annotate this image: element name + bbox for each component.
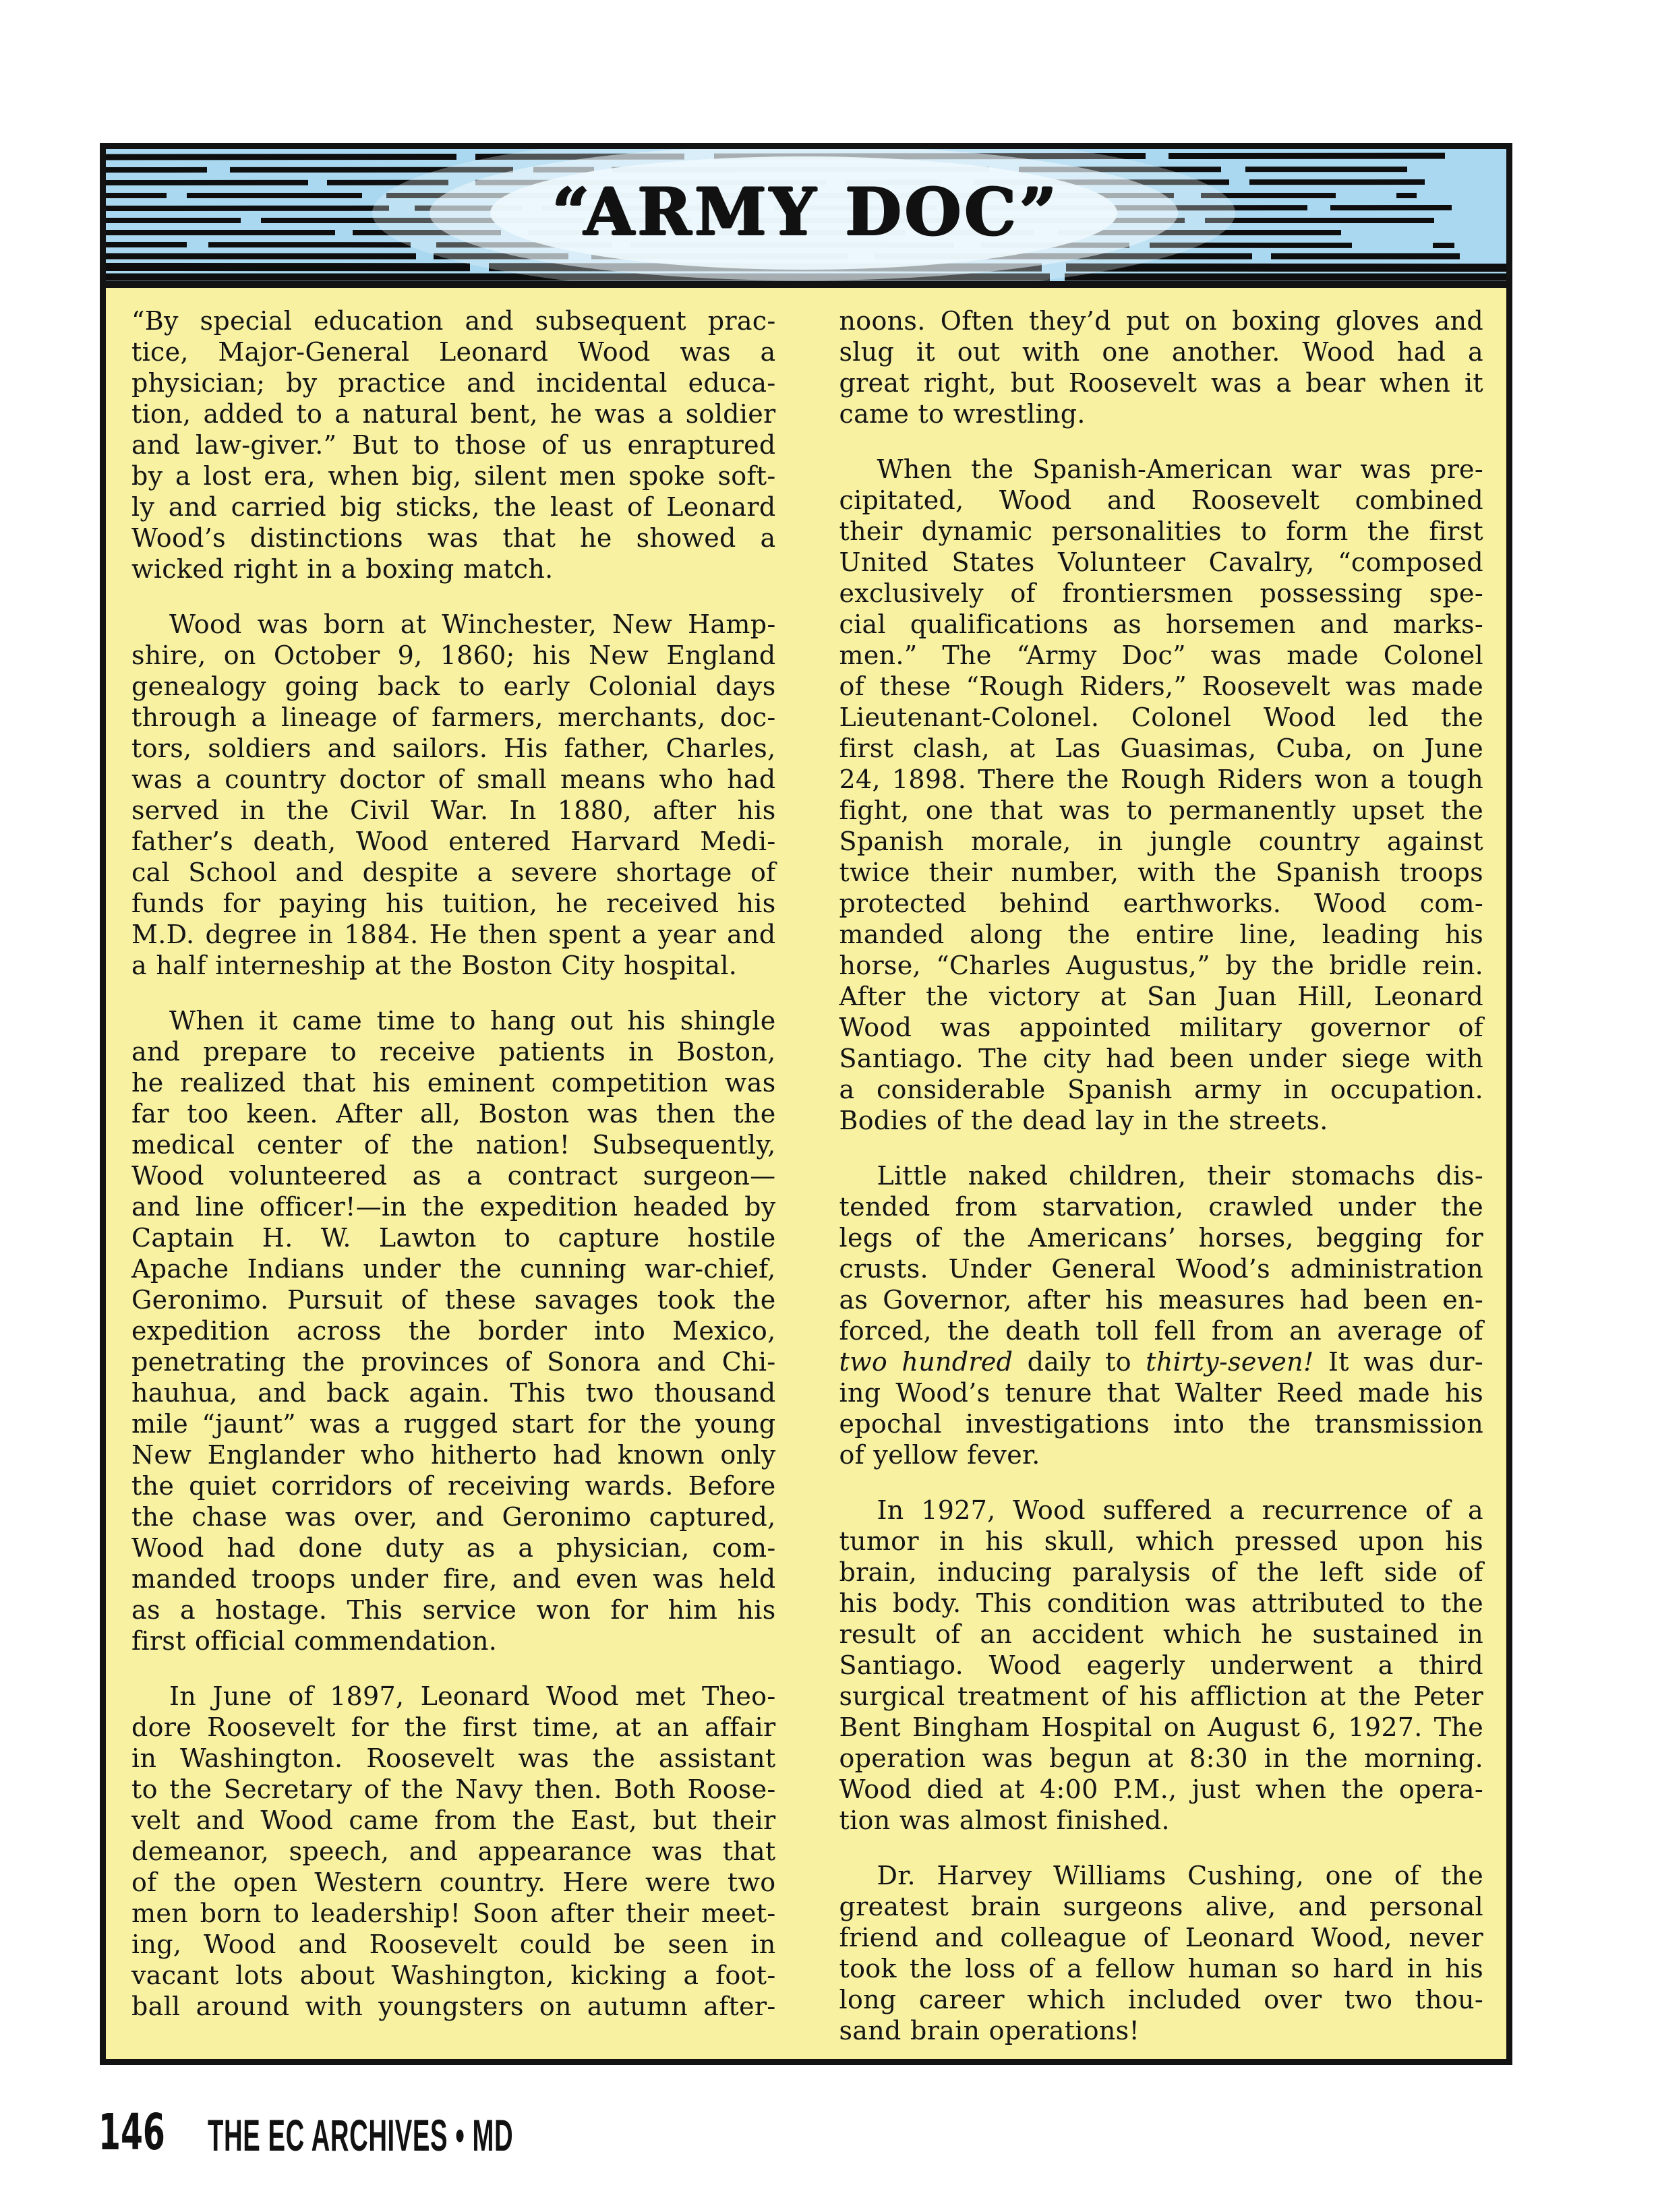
text-line: tended from starvation, crawled under th… xyxy=(839,1191,1484,1222)
text-line: men.” The “Army Doc” was made Colonel xyxy=(839,640,1484,671)
text-line: Spanish morale, in jungle country agains… xyxy=(839,826,1484,857)
text-line: physician; by practice and incidental ed… xyxy=(131,367,776,398)
text-line: exclusively of frontiersmen possessing s… xyxy=(839,578,1484,609)
text-line: dore Roosevelt for the first time, at an… xyxy=(131,1712,776,1743)
text-line: by a lost era, when big, silent men spok… xyxy=(131,460,776,491)
text-line: was a country doctor of small means who … xyxy=(131,764,776,795)
text-line: took the loss of a fellow human so hard … xyxy=(839,1953,1484,1984)
page-number: 146 xyxy=(98,2108,165,2157)
text-line: tice, Major-General Leonard Wood was a xyxy=(131,336,776,367)
text-line: and line officer!—in the expedition head… xyxy=(131,1191,776,1222)
text-line: In 1927, Wood suffered a recurrence of a xyxy=(839,1495,1484,1526)
text-line: Lieutenant-Colonel. Colonel Wood led the xyxy=(839,702,1484,733)
text-line: Dr. Harvey Williams Cushing, one of the xyxy=(839,1860,1484,1891)
text-line: greatest brain surgeons alive, and perso… xyxy=(839,1891,1484,1922)
paragraph: Wood was born at Winchester, New Hamp-sh… xyxy=(131,609,776,981)
text-line: Captain H. W. Lawton to capture hostile xyxy=(131,1222,776,1253)
text-line: shire, on October 9, 1860; his New Engla… xyxy=(131,640,776,671)
text-line: Santiago. The city had been under siege … xyxy=(839,1043,1484,1074)
text-column: noons. Often they’d put on boxing gloves… xyxy=(839,305,1484,2046)
text-line: After the victory at San Juan Hill, Leon… xyxy=(839,981,1484,1012)
text-line: the chase was over, and Geronimo capture… xyxy=(131,1501,776,1532)
text-line: sand brain operations! xyxy=(839,2015,1484,2046)
text-column: “By special education and subsequent pra… xyxy=(131,305,776,2046)
text-line: legs of the Americans’ horses, begging f… xyxy=(839,1222,1484,1253)
text-line: ing, Wood and Roosevelt could be seen in xyxy=(131,1929,776,1960)
text-line: forced, the death toll fell from an aver… xyxy=(839,1315,1484,1346)
text-line: medical center of the nation! Subsequent… xyxy=(131,1129,776,1160)
text-line: Wood volunteered as a contract surgeon— xyxy=(131,1160,776,1191)
text-line: hauhua, and back again. This two thousan… xyxy=(131,1377,776,1408)
text-line: demeanor, speech, and appearance was tha… xyxy=(131,1836,776,1867)
text-line: their dynamic personalities to form the … xyxy=(839,516,1484,547)
text-line: fight, one that was to permanently upset… xyxy=(839,795,1484,826)
text-line: funds for paying his tuition, he receive… xyxy=(131,888,776,919)
paragraph: “By special education and subsequent pra… xyxy=(131,305,776,585)
text-line: and law-giver.” But to those of us enrap… xyxy=(131,429,776,460)
article-body: “By special education and subsequent pra… xyxy=(106,288,1506,2046)
text-line: Bodies of the dead lay in the streets. xyxy=(839,1105,1484,1136)
text-line: first clash, at Las Guasimas, Cuba, on J… xyxy=(839,733,1484,764)
text-line: M.D. degree in 1884. He then spent a yea… xyxy=(131,919,776,950)
text-line: surgical treatment of his affliction at … xyxy=(839,1681,1484,1712)
paragraph: noons. Often they’d put on boxing gloves… xyxy=(839,305,1484,429)
text-line: came to wrestling. xyxy=(839,398,1484,429)
text-line: United States Volunteer Cavalry, “compos… xyxy=(839,547,1484,578)
text-line: slug it out with one another. Wood had a xyxy=(839,336,1484,367)
text-line: protected behind earthworks. Wood com- xyxy=(839,888,1484,919)
text-line: served in the Civil War. In 1880, after … xyxy=(131,795,776,826)
text-line: Apache Indians under the cunning war-chi… xyxy=(131,1253,776,1284)
text-line: ball around with youngsters on autumn af… xyxy=(131,1991,776,2022)
text-line: through a lineage of farmers, merchants,… xyxy=(131,702,776,733)
text-line: he realized that his eminent competition… xyxy=(131,1067,776,1098)
text-line: horse, “Charles Augustus,” by the bridle… xyxy=(839,950,1484,981)
text-line: cal School and despite a severe shortage… xyxy=(131,857,776,888)
text-line: a half interneship at the Boston City ho… xyxy=(131,950,776,981)
text-line: crusts. Under General Wood’s administrat… xyxy=(839,1253,1484,1284)
text-line: noons. Often they’d put on boxing gloves… xyxy=(839,305,1484,336)
text-line: manded along the entire line, leading hi… xyxy=(839,919,1484,950)
comic-text-page: “ARMY DOC” “By special education and sub… xyxy=(0,0,1656,2212)
text-line: Geronimo. Pursuit of these savages took … xyxy=(131,1284,776,1315)
text-line: mile “jaunt” was a rugged start for the … xyxy=(131,1408,776,1439)
text-line: of these “Rough Riders,” Roosevelt was m… xyxy=(839,671,1484,702)
text-line: manded troops under fire, and even was h… xyxy=(131,1563,776,1594)
text-line: his body. This condition was attributed … xyxy=(839,1588,1484,1619)
text-line: long career which included over two thou… xyxy=(839,1984,1484,2015)
text-line: to the Secretary of the Navy then. Both … xyxy=(131,1774,776,1805)
text-line: cipitated, Wood and Roosevelt combined xyxy=(839,485,1484,516)
text-line: When it came time to hang out his shingl… xyxy=(131,1005,776,1036)
text-line: two hundred daily to thirty-seven! It wa… xyxy=(839,1346,1484,1377)
paragraph: When it came time to hang out his shingl… xyxy=(131,1005,776,1656)
page-title: “ARMY DOC” xyxy=(106,174,1506,250)
text-line: cial qualifications as horsemen and mark… xyxy=(839,609,1484,640)
text-line: of the open Western country. Here were t… xyxy=(131,1867,776,1898)
text-line: the quiet corridors of receiving wards. … xyxy=(131,1470,776,1501)
paragraph: When the Spanish-American war was pre-ci… xyxy=(839,454,1484,1136)
text-line: velt and Wood came from the East, but th… xyxy=(131,1805,776,1836)
text-line: ly and carried big sticks, the least of … xyxy=(131,491,776,522)
text-line: Little naked children, their stomachs di… xyxy=(839,1160,1484,1191)
text-line: men born to leadership! Soon after their… xyxy=(131,1898,776,1929)
text-line: Wood’s distinctions was that he showed a xyxy=(131,522,776,554)
text-line: epochal investigations into the transmis… xyxy=(839,1408,1484,1439)
text-line: ing Wood’s tenure that Walter Reed made … xyxy=(839,1377,1484,1408)
paragraph: In June of 1897, Leonard Wood met Theo-d… xyxy=(131,1681,776,2022)
text-line: genealogy going back to early Colonial d… xyxy=(131,671,776,702)
text-line: brain, inducing paralysis of the left si… xyxy=(839,1557,1484,1588)
text-line: When the Spanish-American war was pre- xyxy=(839,454,1484,485)
paragraph: Little naked children, their stomachs di… xyxy=(839,1160,1484,1470)
text-line: Wood was appointed military governor of xyxy=(839,1012,1484,1043)
text-line: of yellow fever. xyxy=(839,1439,1484,1470)
text-line: 24, 1898. There the Rough Riders won a t… xyxy=(839,764,1484,795)
text-line: great right, but Roosevelt was a bear wh… xyxy=(839,367,1484,398)
text-line: Santiago. Wood eagerly underwent a third xyxy=(839,1650,1484,1681)
page-footer: 146 THE EC ARCHIVES • MD xyxy=(0,2102,1656,2163)
text-line: in Washington. Roosevelt was the assista… xyxy=(131,1743,776,1774)
text-line: tumor in his skull, which pressed upon h… xyxy=(839,1526,1484,1557)
text-line: first official commendation. xyxy=(131,1625,776,1656)
paragraph: Dr. Harvey Williams Cushing, one of theg… xyxy=(839,1860,1484,2046)
text-line: expedition across the border into Mexico… xyxy=(131,1315,776,1346)
text-line: New Englander who hitherto had known onl… xyxy=(131,1439,776,1470)
text-line: Wood had done duty as a physician, com- xyxy=(131,1532,776,1563)
text-line: as Governor, after his measures had been… xyxy=(839,1284,1484,1315)
text-line: “By special education and subsequent pra… xyxy=(131,305,776,336)
text-line: tion was almost finished. xyxy=(839,1805,1484,1836)
book-title: THE EC ARCHIVES • MD xyxy=(208,2113,513,2157)
text-line: friend and colleague of Leonard Wood, ne… xyxy=(839,1922,1484,1953)
text-line: penetrating the provinces of Sonora and … xyxy=(131,1346,776,1377)
text-line: Bent Bingham Hospital on August 6, 1927.… xyxy=(839,1712,1484,1743)
text-line: Wood was born at Winchester, New Hamp- xyxy=(131,609,776,640)
text-line: wicked right in a boxing match. xyxy=(131,554,776,585)
text-line: Wood died at 4:00 P.M., just when the op… xyxy=(839,1774,1484,1805)
text-line: In June of 1897, Leonard Wood met Theo- xyxy=(131,1681,776,1712)
text-line: and prepare to receive patients in Bosto… xyxy=(131,1036,776,1067)
text-line: a considerable Spanish army in occupatio… xyxy=(839,1074,1484,1105)
text-line: tors, soldiers and sailors. His father, … xyxy=(131,733,776,764)
story-panel: “ARMY DOC” “By special education and sub… xyxy=(100,143,1512,2065)
paragraph: In 1927, Wood suffered a recurrence of a… xyxy=(839,1495,1484,1836)
title-banner: “ARMY DOC” xyxy=(106,149,1506,288)
text-line: operation was begun at 8:30 in the morni… xyxy=(839,1743,1484,1774)
text-line: father’s death, Wood entered Harvard Med… xyxy=(131,826,776,857)
text-line: as a hostage. This service won for him h… xyxy=(131,1594,776,1625)
text-line: far too keen. After all, Boston was then… xyxy=(131,1098,776,1129)
text-line: twice their number, with the Spanish tro… xyxy=(839,857,1484,888)
text-line: vacant lots about Washington, kicking a … xyxy=(131,1960,776,1991)
text-line: tion, added to a natural bent, he was a … xyxy=(131,398,776,429)
text-line: result of an accident which he sustained… xyxy=(839,1619,1484,1650)
